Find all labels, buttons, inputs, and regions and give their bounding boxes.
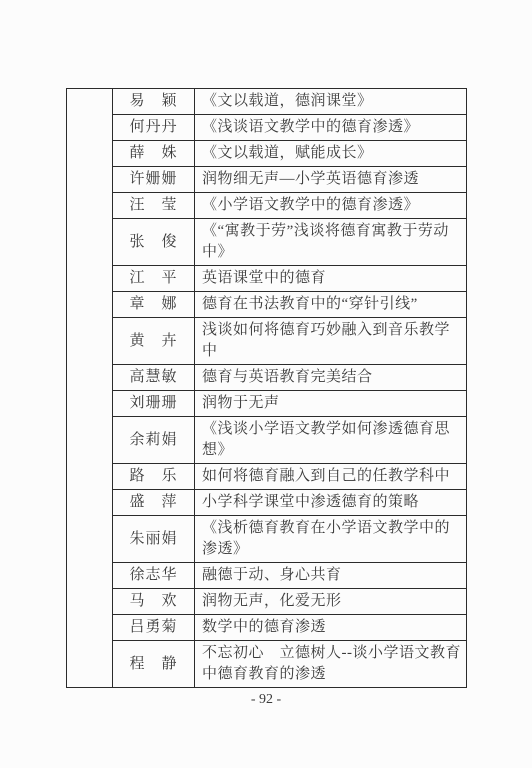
author-name-cell: 高慧敏 [113, 365, 195, 390]
merged-empty-cell [67, 89, 113, 687]
article-title-cell: 不忘初心 立德树人--谈小学语文教育中德育教育的渗透 [195, 641, 466, 687]
table-row: 徐志华 融德于动、身心共育 [113, 563, 466, 589]
table-rows: 易 颖 《文以载道，德润课堂》 何丹丹 《浅谈语文教学中的德育渗透》 薛 姝 《… [113, 89, 466, 687]
article-title-cell: 《浅谈语文教学中的德育渗透》 [195, 115, 466, 140]
table-row: 易 颖 《文以载道，德润课堂》 [113, 89, 466, 115]
table-row: 何丹丹 《浅谈语文教学中的德育渗透》 [113, 115, 466, 141]
article-title-cell: 润物于无声 [195, 391, 466, 416]
authors-articles-table: 易 颖 《文以载道，德润课堂》 何丹丹 《浅谈语文教学中的德育渗透》 薛 姝 《… [66, 88, 467, 688]
author-name-cell: 章 娜 [113, 292, 195, 317]
article-title-cell: 如何将德育融入到自己的任教学科中 [195, 464, 466, 489]
article-title-cell: 润物细无声—小学英语德育渗透 [195, 167, 466, 192]
table-row: 路 乐 如何将德育融入到自己的任教学科中 [113, 464, 466, 490]
author-name-cell: 张 俊 [113, 219, 195, 265]
author-name-cell: 程 静 [113, 641, 195, 687]
author-name-cell: 朱丽娟 [113, 516, 195, 562]
author-name-cell: 汪 莹 [113, 193, 195, 218]
article-title-cell: 融德于动、身心共育 [195, 563, 466, 588]
article-title-cell: 《浅谈小学语文教学如何渗透德育思想》 [195, 417, 466, 463]
article-title-cell: 英语课堂中的德育 [195, 266, 466, 291]
author-name-cell: 黄 卉 [113, 318, 195, 364]
table-row: 汪 莹 《小学语文教学中的德育渗透》 [113, 193, 466, 219]
article-title-cell: 《“寓教于劳”浅谈将德育寓教于劳动中》 [195, 219, 466, 265]
table-row: 盛 萍 小学科学课堂中渗透德育的策略 [113, 490, 466, 516]
author-name-cell: 马 欢 [113, 589, 195, 614]
article-title-cell: 润物无声，化爱无形 [195, 589, 466, 614]
document-page: 易 颖 《文以载道，德润课堂》 何丹丹 《浅谈语文教学中的德育渗透》 薛 姝 《… [0, 0, 532, 768]
author-name-cell: 刘珊珊 [113, 391, 195, 416]
article-title-cell: 德育与英语教育完美结合 [195, 365, 466, 390]
table-row: 章 娜 德育在书法教育中的“穿针引线” [113, 292, 466, 318]
article-title-cell: 小学科学课堂中渗透德育的策略 [195, 490, 466, 515]
page-number: - 92 - [0, 692, 532, 708]
author-name-cell: 吕勇菊 [113, 615, 195, 640]
table-row: 薛 姝 《文以载道，赋能成长》 [113, 141, 466, 167]
table-row: 江 平 英语课堂中的德育 [113, 266, 466, 292]
article-title-cell: 数学中的德育渗透 [195, 615, 466, 640]
table-row: 黄 卉 浅谈如何将德育巧妙融入到音乐教学中 [113, 318, 466, 365]
author-name-cell: 何丹丹 [113, 115, 195, 140]
author-name-cell: 徐志华 [113, 563, 195, 588]
table-row: 吕勇菊 数学中的德育渗透 [113, 615, 466, 641]
author-name-cell: 余莉娟 [113, 417, 195, 463]
table-row: 朱丽娟 《浅析德育教育在小学语文教学中的渗透》 [113, 516, 466, 563]
table-row: 许姗姗 润物细无声—小学英语德育渗透 [113, 167, 466, 193]
article-title-cell: 浅谈如何将德育巧妙融入到音乐教学中 [195, 318, 466, 364]
table-row: 刘珊珊 润物于无声 [113, 391, 466, 417]
author-name-cell: 路 乐 [113, 464, 195, 489]
table-row: 余莉娟 《浅谈小学语文教学如何渗透德育思想》 [113, 417, 466, 464]
author-name-cell: 许姗姗 [113, 167, 195, 192]
article-title-cell: 《文以载道，赋能成长》 [195, 141, 466, 166]
table-row: 程 静 不忘初心 立德树人--谈小学语文教育中德育教育的渗透 [113, 641, 466, 687]
article-title-cell: 《浅析德育教育在小学语文教学中的渗透》 [195, 516, 466, 562]
author-name-cell: 盛 萍 [113, 490, 195, 515]
table-row: 张 俊 《“寓教于劳”浅谈将德育寓教于劳动中》 [113, 219, 466, 266]
author-name-cell: 薛 姝 [113, 141, 195, 166]
table-row: 马 欢 润物无声，化爱无形 [113, 589, 466, 615]
author-name-cell: 江 平 [113, 266, 195, 291]
author-name-cell: 易 颖 [113, 89, 195, 114]
article-title-cell: 《小学语文教学中的德育渗透》 [195, 193, 466, 218]
article-title-cell: 德育在书法教育中的“穿针引线” [195, 292, 466, 317]
table-row: 高慧敏 德育与英语教育完美结合 [113, 365, 466, 391]
article-title-cell: 《文以载道，德润课堂》 [195, 89, 466, 114]
